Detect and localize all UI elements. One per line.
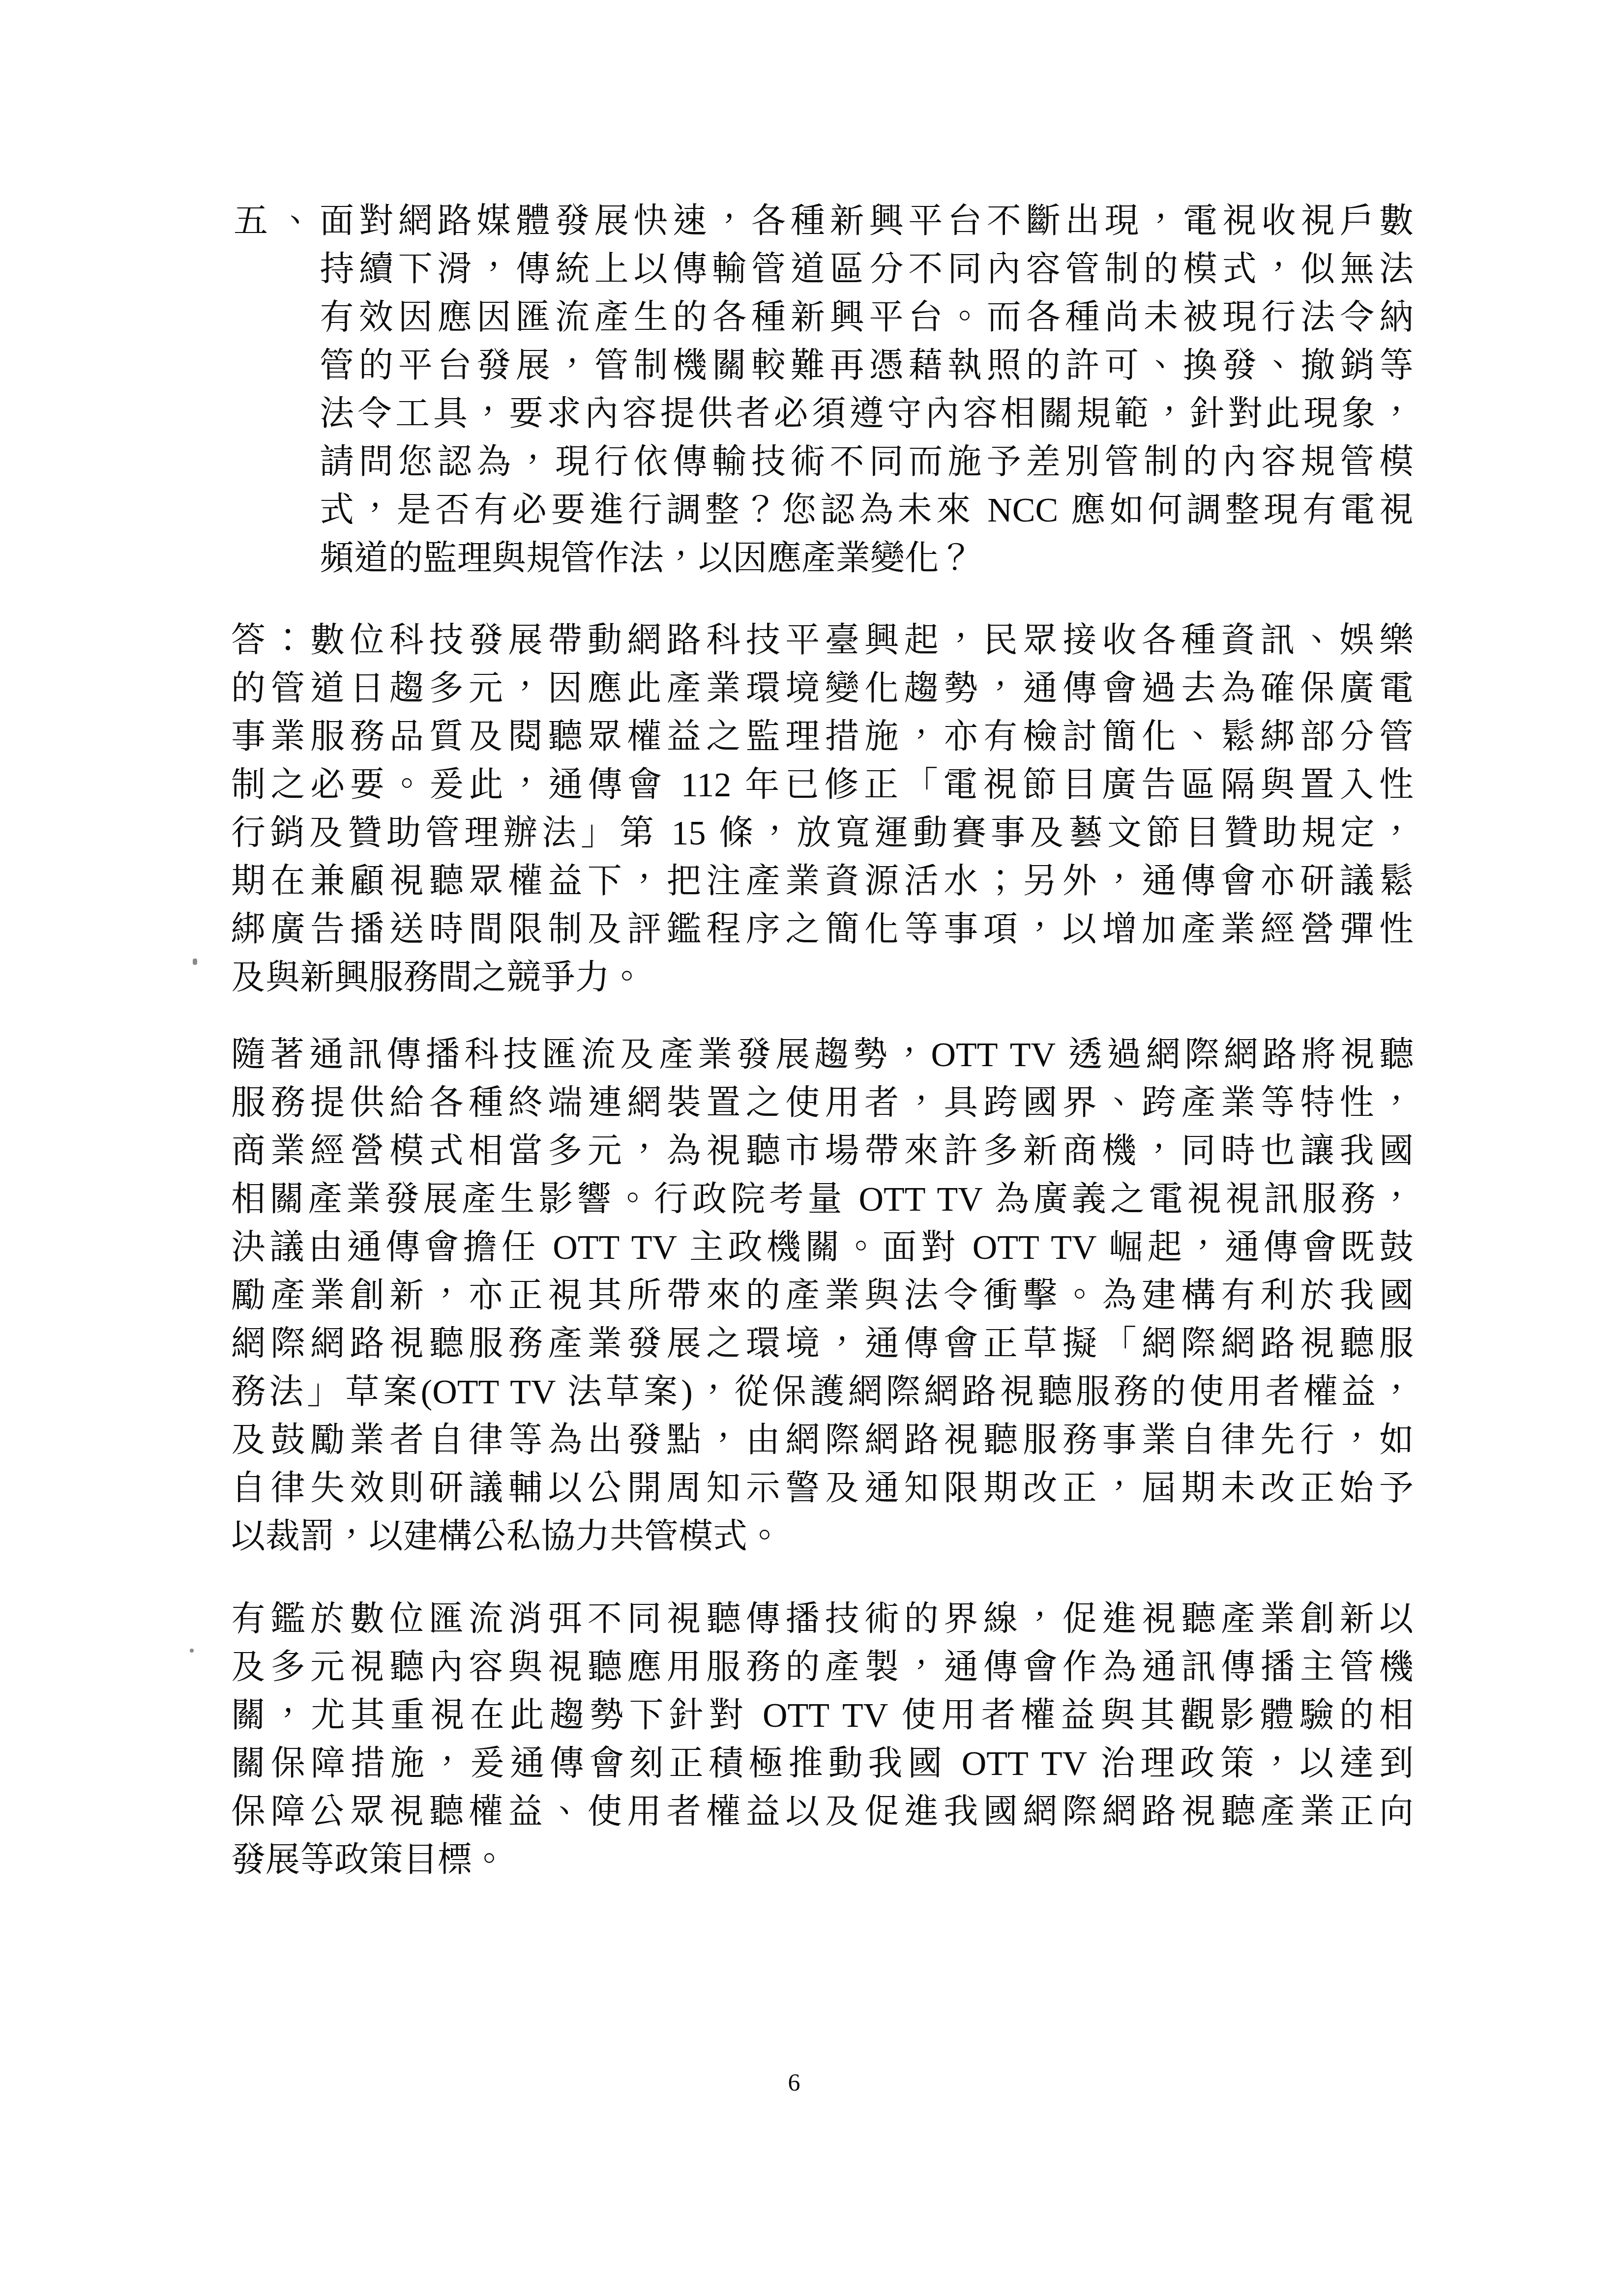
text-line: 式，是否有必要進行調整？您認為未來 NCC 應如何調整現有電視 xyxy=(320,487,1414,535)
text-line: 及鼓勵業者自律等為出發點，由網際網路視聽服務事業自律先行，如 xyxy=(231,1417,1414,1465)
text-line: 法令工具，要求內容提供者必須遵守內容相關規範，針對此現象， xyxy=(320,390,1414,438)
text-line: 管的平台發展，管制機關較難再憑藉執照的許可、換發、撤銷等 xyxy=(320,342,1414,390)
text-line: 有效因應因匯流產生的各種新興平台。而各種尚未被現行法令納 xyxy=(320,294,1414,342)
text-line: 相關產業發展產生影響。行政院考量 OTT TV 為廣義之電視視訊服務， xyxy=(231,1176,1414,1224)
text-line: 綁廣告播送時間限制及評鑑程序之簡化等事項，以增加產業經營彈性 xyxy=(231,906,1414,954)
text-line: 持續下滑，傳統上以傳輸管道區分不同內容管制的模式，似無法 xyxy=(320,246,1414,294)
text-line: 關，尤其重視在此趨勢下針對 OTT TV 使用者權益與其觀影體驗的相 xyxy=(231,1692,1414,1740)
question-text: 面對網路媒體發展快速，各種新興平台不斷出現，電視收視戶數持續下滑，傳統上以傳輸管… xyxy=(320,198,1414,583)
text-line: 勵產業創新，亦正視其所帶來的產業與法令衝擊。為建構有利於我國 xyxy=(231,1272,1414,1320)
text-line: 商業經營模式相當多元，為視聽市場帶來許多新商機，同時也讓我國 xyxy=(231,1128,1414,1176)
text-line: 服務提供給各種終端連網裝置之使用者，具跨國界、跨產業等特性， xyxy=(231,1079,1414,1128)
text-line: 及多元視聽內容與視聽應用服務的產製，通傳會作為通訊傳播主管機 xyxy=(231,1644,1414,1692)
text-line: 答：數位科技發展帶動網路科技平臺興起，民眾接收各種資訊、娛樂 xyxy=(231,617,1414,665)
page-number: 6 xyxy=(767,2067,821,2097)
text-line: 面對網路媒體發展快速，各種新興平台不斷出現，電視收視戶數 xyxy=(320,198,1414,246)
text-line: 制之必要。爰此，通傳會 112 年已修正「電視節目廣告區隔與置入性 xyxy=(231,761,1414,810)
text-line: 及與新興服務間之競爭力。 xyxy=(231,954,1414,1002)
text-line: 決議由通傳會擔任 OTT TV 主政機關。面對 OTT TV 崛起，通傳會既鼓 xyxy=(231,1224,1414,1272)
scan-speck xyxy=(193,959,197,965)
text-line: 請問您認為，現行依傳輸技術不同而施予差別管制的內容規管模 xyxy=(320,438,1414,487)
text-line: 發展等政策目標。 xyxy=(231,1836,1414,1885)
answer-paragraph-2: 隨著通訊傳播科技匯流及產業發展趨勢，OTT TV 透過網際網路將視聽服務提供給各… xyxy=(231,1031,1414,1561)
text-line: 事業服務品質及閱聽眾權益之監理措施，亦有檢討簡化、鬆綁部分管 xyxy=(231,713,1414,761)
document-page: 五、 面對網路媒體發展快速，各種新興平台不斷出現，電視收視戶數持續下滑，傳統上以… xyxy=(0,0,1624,2296)
text-line: 務法」草案(OTT TV 法草案)，從保護網際網路視聽服務的使用者權益， xyxy=(231,1368,1414,1417)
text-line: 保障公眾視聽權益、使用者權益以及促進我國網際網路視聽產業正向 xyxy=(231,1788,1414,1836)
text-line: 以裁罰，以建構公私協力共管模式。 xyxy=(231,1513,1414,1561)
text-line: 行銷及贊助管理辦法」第 15 條，放寬運動賽事及藝文節目贊助規定， xyxy=(231,810,1414,858)
text-line: 有鑑於數位匯流消弭不同視聽傳播技術的界線，促進視聽產業創新以 xyxy=(231,1596,1414,1644)
answer-paragraph-3: 有鑑於數位匯流消弭不同視聽傳播技術的界線，促進視聽產業創新以及多元視聽內容與視聽… xyxy=(231,1596,1414,1885)
text-line: 期在兼顧視聽眾權益下，把注產業資源活水；另外，通傳會亦研議鬆 xyxy=(231,858,1414,906)
scan-speck xyxy=(190,1649,194,1653)
question-number: 五、 xyxy=(234,198,324,246)
text-line: 自律失效則研議輔以公開周知示警及通知限期改正，屆期未改正始予 xyxy=(231,1465,1414,1513)
answer-paragraph-1: 答：數位科技發展帶動網路科技平臺興起，民眾接收各種資訊、娛樂的管道日趨多元，因應… xyxy=(231,617,1414,1002)
text-line: 頻道的監理與規管作法，以因應產業變化？ xyxy=(320,535,1414,583)
text-line: 隨著通訊傳播科技匯流及產業發展趨勢，OTT TV 透過網際網路將視聽 xyxy=(231,1031,1414,1079)
text-line: 網際網路視聽服務產業發展之環境，通傳會正草擬「網際網路視聽服 xyxy=(231,1320,1414,1368)
text-line: 的管道日趨多元，因應此產業環境變化趨勢，通傳會過去為確保廣電 xyxy=(231,665,1414,713)
question-block: 五、 面對網路媒體發展快速，各種新興平台不斷出現，電視收視戶數持續下滑，傳統上以… xyxy=(234,198,1414,583)
text-line: 關保障措施，爰通傳會刻正積極推動我國 OTT TV 治理政策，以達到 xyxy=(231,1740,1414,1788)
